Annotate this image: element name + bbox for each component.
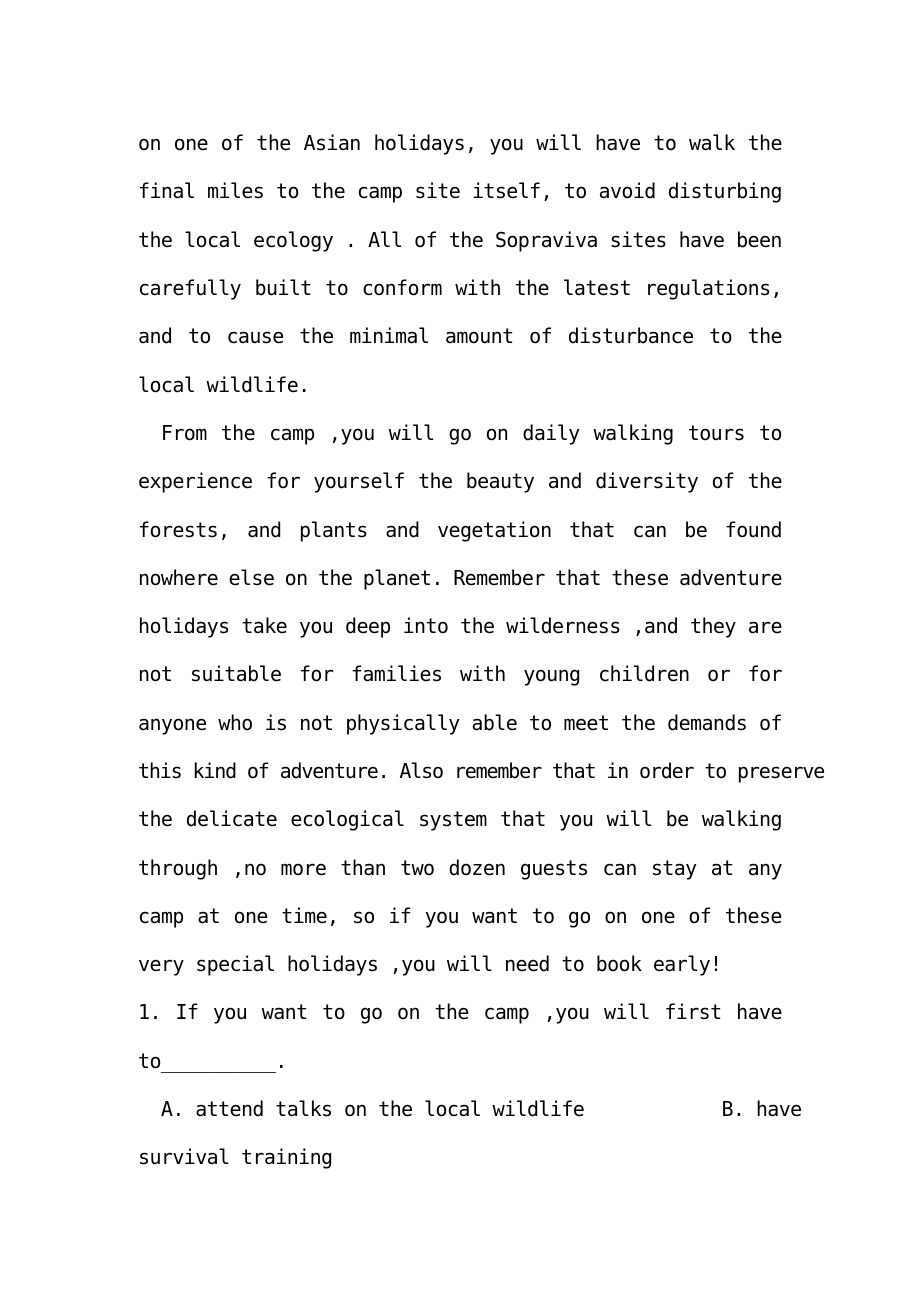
word: carefully [138, 276, 241, 300]
passage-line: very special holidays ,you will need to … [138, 940, 782, 988]
word: the [621, 711, 655, 735]
word: more [281, 856, 327, 880]
word: Remember [453, 566, 545, 590]
text-block: ononeoftheAsianholidays,youwillhavetowal… [138, 119, 782, 1182]
word: have [736, 1000, 782, 1024]
word: final [138, 179, 195, 203]
word: physically [345, 711, 459, 735]
options-line: survival training [138, 1133, 782, 1181]
word: these [725, 904, 782, 928]
word: wilderness [506, 614, 620, 638]
word: ecological [290, 807, 404, 831]
word: not [299, 711, 333, 735]
word: go [568, 904, 591, 928]
word: Sopraviva [495, 228, 598, 252]
word: on [285, 566, 308, 590]
word: walking [702, 807, 782, 831]
word: demands [667, 711, 747, 735]
word: ecology [253, 228, 333, 252]
word: that [500, 807, 546, 831]
word: of [688, 904, 711, 928]
word: and [548, 469, 582, 493]
word: any [748, 856, 782, 880]
word: be [684, 518, 707, 542]
word: to [653, 131, 676, 155]
word: to [529, 711, 552, 735]
word: want [472, 904, 518, 928]
word: plants [299, 518, 368, 542]
word: first [664, 1000, 721, 1024]
word: anyone [138, 711, 207, 735]
passage-line: ononeoftheAsianholidays,youwillhavetowal… [138, 119, 782, 167]
word: you [489, 131, 523, 155]
word: for [266, 469, 300, 493]
word: avoid [599, 179, 656, 203]
word: dozen [449, 856, 506, 880]
word: holidays, [373, 131, 476, 155]
word: can [632, 518, 666, 542]
word: the [449, 228, 483, 252]
word: latest [562, 276, 631, 300]
passage-line: thelocalecology.AlloftheSopravivasitesha… [138, 216, 782, 264]
word: these [611, 566, 668, 590]
word: system [418, 807, 487, 831]
word: been [736, 228, 782, 252]
word: the [138, 228, 172, 252]
word: of [529, 324, 552, 348]
word: will [604, 1000, 650, 1024]
word: If [175, 1000, 198, 1024]
word: . [345, 228, 356, 252]
word: to [322, 1000, 345, 1024]
word: that [555, 566, 601, 590]
word: meet [564, 711, 610, 735]
word: into [403, 614, 449, 638]
word: guests [520, 856, 589, 880]
word: camp [483, 1000, 529, 1024]
word: Asian [304, 131, 361, 155]
question-line: 1.Ifyouwanttogoonthecamp,youwillfirsthav… [138, 988, 782, 1036]
word: you [299, 614, 333, 638]
word: the [515, 276, 549, 300]
word: minimal [349, 324, 429, 348]
word: the [256, 131, 290, 155]
word: through [138, 856, 218, 880]
word: take [241, 614, 287, 638]
word: ,you [544, 1000, 590, 1024]
word: children [598, 662, 690, 686]
word: experience [138, 469, 252, 493]
word: local [184, 228, 241, 252]
passage-line: notsuitableforfamilieswithyoungchildreno… [138, 650, 782, 698]
passage-line: through,nomorethantwodozenguestscanstaya… [138, 843, 782, 891]
word: for [748, 662, 782, 686]
word: be [666, 807, 689, 831]
word: at [711, 856, 734, 880]
word: will [607, 807, 653, 831]
word: to [188, 324, 211, 348]
word: can [602, 856, 636, 880]
word: so [352, 904, 375, 928]
word: stay [651, 856, 697, 880]
word: else [229, 566, 275, 590]
word: to [564, 179, 587, 203]
question-line: to__________. [138, 1037, 782, 1085]
word: ,no [232, 856, 266, 880]
document-page: ononeoftheAsianholidays,youwillhavetowal… [0, 0, 920, 1302]
word: time, [281, 904, 338, 928]
word: to [759, 421, 782, 445]
word: regulations, [645, 276, 782, 300]
word: itself, [472, 179, 552, 203]
word: and [385, 518, 419, 542]
word: of [711, 469, 734, 493]
word: tours [688, 421, 745, 445]
word: walking [594, 421, 674, 445]
word: families [351, 662, 443, 686]
passage-line: carefullybuilttoconformwiththelatestregu… [138, 264, 782, 312]
word: found [725, 518, 782, 542]
passage-line: forests,andplantsandvegetationthatcanbef… [138, 505, 782, 553]
word: are [748, 614, 782, 638]
word: diversity [595, 469, 698, 493]
word: is [264, 711, 287, 735]
word: delicate [186, 807, 278, 831]
word: sites [610, 228, 667, 252]
options-line: A. attend talks on the local wildlife B.… [138, 1085, 782, 1133]
word: and [138, 324, 172, 348]
passage-line: campatonetime,soifyouwanttogoononeofthes… [138, 892, 782, 940]
word: two [400, 856, 434, 880]
word: that [569, 518, 615, 542]
word: From [161, 421, 207, 445]
word: the [748, 131, 782, 155]
passage-line: Fromthecamp,youwillgoondailywalkingtours… [138, 409, 782, 457]
word: than [340, 856, 386, 880]
word: to [276, 179, 299, 203]
word: with [460, 662, 506, 686]
word: planet. [363, 566, 443, 590]
word: miles [207, 179, 264, 203]
word: 1. [138, 1000, 161, 1024]
word: you [213, 1000, 247, 1024]
word: the [299, 324, 333, 348]
word: if [388, 904, 411, 928]
word: disturbance [568, 324, 694, 348]
word: beauty [466, 469, 535, 493]
word: the [434, 1000, 468, 1024]
word: not [138, 662, 172, 686]
word: suitable [190, 662, 282, 686]
word: vegetation [437, 518, 551, 542]
word: able [471, 711, 517, 735]
word: on [138, 131, 161, 155]
word: young [523, 662, 580, 686]
word: camp [138, 904, 184, 928]
word: adventure [679, 566, 782, 590]
word: go [360, 1000, 383, 1024]
passage-line: andtocausetheminimalamountofdisturbancet… [138, 312, 782, 360]
word: one [174, 131, 208, 155]
passage-line: this kind of adventure. Also remember th… [138, 747, 782, 795]
passage-line: anyonewhoisnotphysicallyabletomeetthedem… [138, 699, 782, 747]
word: site [414, 179, 460, 203]
word: built [255, 276, 312, 300]
passage-line: local wildlife. [138, 360, 782, 408]
word: the [221, 421, 255, 445]
word: the [311, 179, 345, 203]
word: camp [357, 179, 403, 203]
word: they [690, 614, 736, 638]
passage-line: nowhereelseontheplanet.Rememberthatthese… [138, 554, 782, 602]
word: ,you [329, 421, 375, 445]
word: of [414, 228, 437, 252]
word: forests, [138, 518, 230, 542]
word: go [449, 421, 472, 445]
word: holidays [138, 614, 230, 638]
word: of [759, 711, 782, 735]
word: yourself [313, 469, 405, 493]
word: of [221, 131, 244, 155]
word: deep [345, 614, 391, 638]
word: walk [689, 131, 735, 155]
word: nowhere [138, 566, 218, 590]
word: camp [269, 421, 315, 445]
word: the [460, 614, 494, 638]
word: have [595, 131, 641, 155]
word: the [748, 324, 782, 348]
word: the [138, 807, 172, 831]
word: amount [445, 324, 514, 348]
word: All [368, 228, 402, 252]
word: disturbing [668, 179, 782, 203]
word: one [641, 904, 675, 928]
passage-line: thedelicateecologicalsystemthatyouwillbe… [138, 795, 782, 843]
word: ,and [632, 614, 678, 638]
passage-line: experienceforyourselfthebeautyanddiversi… [138, 457, 782, 505]
word: on [485, 421, 508, 445]
word: want [262, 1000, 308, 1024]
word: on [397, 1000, 420, 1024]
word: conform [362, 276, 442, 300]
word: on [604, 904, 627, 928]
word: cause [226, 324, 283, 348]
word: or [707, 662, 730, 686]
word: the [318, 566, 352, 590]
word: to [709, 324, 732, 348]
word: one [234, 904, 268, 928]
word: have [679, 228, 725, 252]
word: will [536, 131, 582, 155]
word: daily [522, 421, 579, 445]
word: at [197, 904, 220, 928]
passage-line: holidaystakeyoudeepintothewilderness,and… [138, 602, 782, 650]
word: the [418, 469, 452, 493]
passage-line: finalmilestothecampsiteitself,toavoiddis… [138, 167, 782, 215]
word: the [748, 469, 782, 493]
word: who [218, 711, 252, 735]
word: and [247, 518, 281, 542]
word: with [455, 276, 501, 300]
word: you [559, 807, 593, 831]
word: to [325, 276, 348, 300]
word: will [389, 421, 435, 445]
word: you [425, 904, 459, 928]
word: for [299, 662, 333, 686]
word: to [532, 904, 555, 928]
